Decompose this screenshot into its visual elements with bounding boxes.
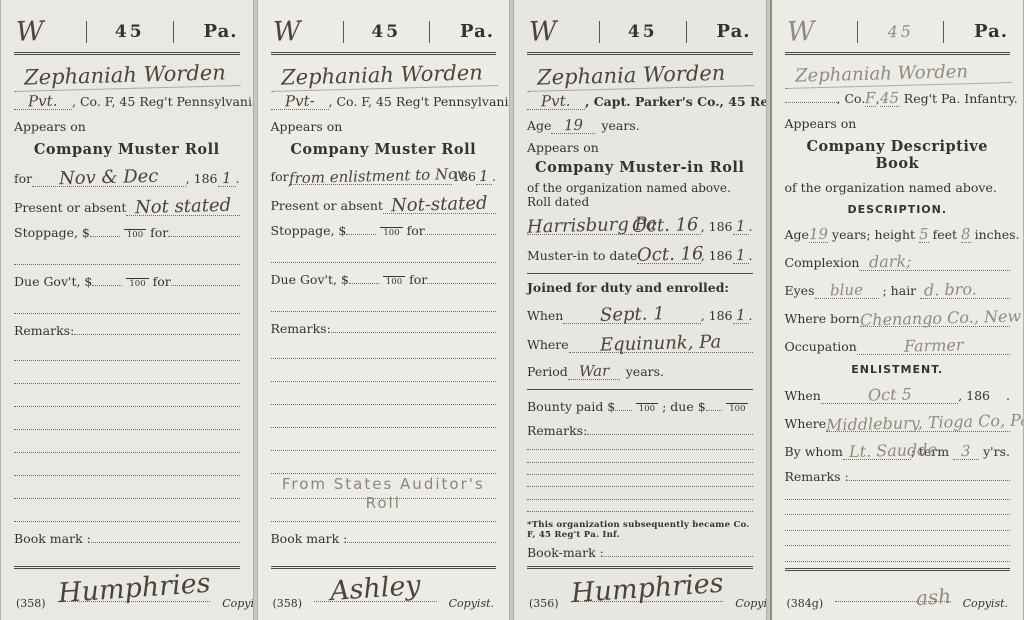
form-title: Company Muster Roll xyxy=(14,141,240,158)
rank-slot xyxy=(785,102,837,103)
dotted-line xyxy=(14,361,240,384)
card-header: W 45 Pa. xyxy=(14,12,240,55)
for-word: for xyxy=(153,274,171,289)
signature-row: (358) Ashley Copyist. xyxy=(271,573,497,612)
dotted-line xyxy=(271,336,497,359)
soldier-name: Zephania Worden xyxy=(527,52,753,92)
sheet-number: (356) xyxy=(527,597,563,612)
sheet-number: (358) xyxy=(271,597,307,612)
occupation-value: Farmer xyxy=(903,335,963,356)
regiment-number: 45 xyxy=(352,22,422,42)
header-divider xyxy=(943,21,944,43)
header-letter: W xyxy=(16,17,79,46)
muster-in-fill: Oct. 16 xyxy=(637,244,700,264)
dotted-line xyxy=(425,234,496,235)
copyist-signature: Humphries xyxy=(57,568,211,610)
age-mid: years; height xyxy=(832,227,915,242)
due-govt-row: Due Gov't, $ 100 for xyxy=(271,272,497,287)
header-divider xyxy=(686,21,687,43)
remarks-row: Remarks: xyxy=(527,423,753,438)
age-label: Age xyxy=(527,118,551,133)
year-slot: 1 xyxy=(476,167,492,185)
for-value: from enlistment to Nov, xyxy=(288,165,468,188)
dotted-line xyxy=(331,332,496,333)
due-label: Due Gov't, $ xyxy=(271,272,349,287)
appears-on-label: Appears on xyxy=(271,119,497,134)
remarks-row: Remarks : xyxy=(785,469,1011,484)
where-label: Where xyxy=(527,337,569,352)
present-row: Present or absent Not-stated xyxy=(271,194,497,214)
regiment-number: 45 xyxy=(865,21,935,42)
dotted-line xyxy=(527,463,753,475)
section-rule xyxy=(527,389,753,390)
dotted-line xyxy=(785,484,1011,500)
appears-on-label: Appears on xyxy=(785,116,1011,131)
hair-label: ; hair xyxy=(883,283,917,298)
form-title: Company Muster-in Roll xyxy=(527,159,753,176)
description-heading: DESCRIPTION. xyxy=(785,203,1011,216)
year-slot: 1 xyxy=(733,306,749,324)
muster-in-date: Oct. 16 xyxy=(637,243,704,266)
state-abbrev: Pa. xyxy=(952,21,1008,42)
dotted-line xyxy=(14,240,240,265)
unit-post: Reg't Pa. Infantry. xyxy=(904,91,1018,106)
when-label: When xyxy=(527,308,563,323)
born-value: Chenango Co., New York xyxy=(859,305,1024,329)
present-value: Not stated xyxy=(135,195,232,219)
dotted-line xyxy=(14,476,240,499)
organization-line: of the organization named above. Roll da… xyxy=(527,181,753,209)
bookmark-row: Book mark : xyxy=(271,531,497,546)
rank-value: Pvt. xyxy=(541,92,571,111)
state-abbrev: Pa. xyxy=(182,21,238,42)
year-end: . xyxy=(749,219,753,234)
due-label: Due Gov't, $ xyxy=(14,274,92,289)
inches-slot: 8 xyxy=(961,225,971,243)
soldier-name: Zephaniah Worden xyxy=(14,52,240,92)
card-muster-in-roll: W 45 Pa. Zephania Worden Pvt. , Capt. Pa… xyxy=(513,0,767,620)
year-end: . xyxy=(236,171,240,186)
when-row: When Sept. 1 , 186 1 . xyxy=(527,304,753,324)
muster-roll-card-sheet: W 45 Pa. Zephaniah Worden Pvt. , Co. F, … xyxy=(0,0,1024,620)
present-label: Present or absent xyxy=(14,200,126,215)
header-divider xyxy=(343,21,344,43)
dotted-line xyxy=(527,487,753,499)
year-slot xyxy=(990,388,1006,403)
dotted-line xyxy=(271,238,497,263)
unit-text: , Capt. Parker's Co., 45 Reg't Pa. Inf.* xyxy=(585,94,767,109)
header-divider xyxy=(173,21,174,43)
appears-on-label: Appears on xyxy=(14,119,240,134)
occupation-row: Occupation Farmer xyxy=(785,336,1011,355)
present-label: Present or absent xyxy=(271,198,383,213)
complexion-row: Complexion dark; xyxy=(785,252,1011,271)
card-footer: (356) Humphries Copyist. xyxy=(527,560,753,612)
for-label: for xyxy=(14,171,32,186)
dotted-line xyxy=(785,546,1011,562)
section-rule xyxy=(527,273,753,274)
for-row: for Nov & Dec , 186 1 . xyxy=(14,167,240,187)
due-word: ; due $ xyxy=(662,399,706,414)
double-rule xyxy=(785,568,1011,571)
year-printed: , 186 xyxy=(701,219,733,234)
regiment-slot: 45 xyxy=(880,89,899,107)
term-suffix: y'rs. xyxy=(983,444,1010,459)
cents-fraction: 100 xyxy=(726,403,748,414)
born-fill: Chenango Co., New York xyxy=(860,308,1010,327)
dotted-line xyxy=(14,338,240,361)
where-fill: Middlebury, Tioga Co, Pa xyxy=(826,413,1010,432)
rank-unit-line: Pvt- , Co. F, 45 Reg't Pennsylvania Inf. xyxy=(271,92,497,110)
complexion-fill: dark; xyxy=(859,252,1010,271)
inches-label: inches. xyxy=(975,227,1020,242)
appears-on-label: Appears on xyxy=(527,140,753,155)
period-suffix: years. xyxy=(626,364,664,379)
regiment-number: 45 xyxy=(95,22,165,42)
when-fill: Sept. 1 xyxy=(563,304,700,324)
dotted-line xyxy=(14,407,240,430)
dotted-line xyxy=(14,499,240,522)
dotted-line xyxy=(349,283,379,284)
signature-row: (358) Humphries Copyist. xyxy=(14,573,240,612)
period-row: Period War years. xyxy=(527,362,753,380)
signature-line: Humphries xyxy=(58,573,211,602)
year-printed: , 186 xyxy=(958,388,990,403)
dotted-line xyxy=(527,475,753,487)
dotted-line xyxy=(604,556,753,557)
joined-label: Joined for duty and enrolled: xyxy=(527,280,753,295)
year-end: . xyxy=(492,169,496,184)
feet-slot: 5 xyxy=(919,225,929,243)
company-slot: F xyxy=(865,89,875,107)
card-header: W 45 Pa. xyxy=(271,12,497,55)
dotted-line xyxy=(785,500,1011,516)
eyes-label: Eyes xyxy=(785,283,815,298)
card-muster-roll-nov-dec: W 45 Pa. Zephaniah Worden Pvt. , Co. F, … xyxy=(0,0,254,620)
dotted-line xyxy=(14,430,240,453)
stoppage-label: Stoppage, $ xyxy=(271,223,347,238)
copyist-signature: ash xyxy=(915,584,952,610)
year-written: 1 xyxy=(222,169,232,187)
company-value: F xyxy=(865,89,876,107)
card-footer: (384g) ash Copyist. xyxy=(785,562,1011,612)
dotted-line xyxy=(14,453,240,476)
age-value: 19 xyxy=(809,225,829,243)
dotted-line xyxy=(168,236,239,237)
dotted-line xyxy=(14,289,240,314)
for-word: for xyxy=(407,223,425,238)
stamp-line: From States Auditor's Roll xyxy=(271,474,497,499)
occupation-label: Occupation xyxy=(785,339,857,354)
feet-label: feet xyxy=(933,227,957,242)
stoppage-row: Stoppage, $ 100 for xyxy=(271,223,497,238)
complexion-label: Complexion xyxy=(785,255,860,270)
muster-in-row: Muster-in to date Oct. 16 , 186 1 . xyxy=(527,244,753,264)
when-value: Oct 5 xyxy=(867,384,911,404)
dotted-line xyxy=(849,480,1010,481)
dotted-line xyxy=(271,405,497,428)
by-whom-fill: Lt. Saudde xyxy=(843,441,911,460)
age-slot: 19 xyxy=(551,116,595,134)
roll-place-fill: Harrisburg Pa xyxy=(527,215,631,235)
sheet-number: (384g) xyxy=(785,597,828,612)
copyist-label: Copyist. xyxy=(731,597,766,612)
term-slot: 3 xyxy=(953,442,979,460)
dotted-line xyxy=(785,531,1011,547)
regiment-value: 45 xyxy=(879,89,899,107)
year-slot: 1 xyxy=(733,217,749,235)
dotted-line xyxy=(92,285,122,286)
period-slot: War xyxy=(568,362,620,380)
state-abbrev: Pa. xyxy=(695,21,751,42)
cents-fraction: 100 xyxy=(380,227,402,238)
where-value: Equinunk, Pa xyxy=(600,331,722,355)
organization-footnote: *This organization subsequently became C… xyxy=(527,520,753,540)
muster-in-label: Muster-in to date xyxy=(527,248,637,263)
soldier-name: Zephaniah Worden xyxy=(270,52,496,92)
dotted-line xyxy=(427,283,496,284)
by-whom-label: By whom xyxy=(785,444,843,459)
bookmark-row: Book-mark : xyxy=(527,545,753,560)
for-fill: Nov & Dec xyxy=(32,167,186,187)
signature-line: ash xyxy=(835,585,951,602)
header-divider xyxy=(86,21,87,43)
by-whom-value: Lt. Saudde xyxy=(849,440,937,461)
copyist-label: Copyist. xyxy=(218,597,253,612)
cents-fraction: 100 xyxy=(383,276,405,287)
year-written: 1 xyxy=(736,306,746,324)
year-printed: , 186 xyxy=(701,248,733,263)
card-header: W 45 Pa. xyxy=(785,12,1011,55)
remarks-label: Remarks: xyxy=(271,321,331,336)
card-header: W 45 Pa. xyxy=(527,12,753,55)
when-label: When xyxy=(785,388,821,403)
age-suffix: years. xyxy=(601,118,639,133)
dotted-line xyxy=(347,542,496,543)
age-row: Age 19 years. xyxy=(527,116,753,134)
dotted-line xyxy=(527,450,753,462)
dotted-line xyxy=(271,428,497,451)
present-value: Not-stated xyxy=(391,193,488,217)
year-slot: 1 xyxy=(218,169,236,187)
copyist-signature: Ashley xyxy=(329,570,422,607)
regiment-number: 45 xyxy=(608,22,678,42)
present-row: Present or absent Not stated xyxy=(14,196,240,216)
where-row: Where Equinunk, Pa xyxy=(527,333,753,353)
dotted-line xyxy=(271,287,497,312)
card-descriptive-book: W 45 Pa. Zephaniah Worden , Co. F , 45 R… xyxy=(770,0,1024,620)
eyes-hair-row: Eyes blue ; hair d. bro. xyxy=(785,280,1011,299)
signature-line: Ashley xyxy=(314,573,437,602)
when-value: Sept. 1 xyxy=(599,303,664,326)
height-feet: 5 xyxy=(919,225,929,243)
card-muster-roll-enlistment: W 45 Pa. Zephaniah Worden Pvt- , Co. F, … xyxy=(257,0,511,620)
bookmark-label: Book-mark : xyxy=(527,545,604,560)
signature-row: (384g) ash Copyist. xyxy=(785,585,1011,612)
organization-line: of the organization named above. xyxy=(785,180,1011,195)
header-divider xyxy=(429,21,430,43)
dotted-line xyxy=(91,542,240,543)
card-footer: (358) Humphries Copyist. xyxy=(14,560,240,612)
copyist-label: Copyist. xyxy=(959,597,1010,612)
header-letter: W xyxy=(529,17,592,46)
born-label: Where born xyxy=(785,311,860,326)
eyes-value: blue xyxy=(830,281,863,300)
rank-unit-line: Pvt. , Capt. Parker's Co., 45 Reg't Pa. … xyxy=(527,92,753,110)
dotted-line xyxy=(615,410,632,411)
for-row: for from enlistment to Nov, 186 1 . xyxy=(271,167,497,185)
copyist-label: Copyist. xyxy=(445,597,496,612)
age-slot: 19 xyxy=(809,225,828,243)
age-value: 19 xyxy=(564,116,584,134)
rank-slot: Pvt- xyxy=(271,92,329,110)
year-written: 1 xyxy=(479,167,489,185)
dotted-line xyxy=(587,434,752,435)
rank-unit-line: , Co. F , 45 Reg't Pa. Infantry. xyxy=(785,89,1011,107)
age-height-row: Age 19 years; height 5 feet 8 inches. xyxy=(785,225,1011,243)
card-footer: (358) Ashley Copyist. xyxy=(271,560,497,612)
enlistment-heading: ENLISTMENT. xyxy=(785,363,1011,376)
cents-fraction: 100 xyxy=(126,278,148,289)
bounty-row: Bounty paid $ 100 ; due $ 100 xyxy=(527,399,753,414)
unit-text: , Co. F, 45 Reg't Pennsylvania Inf. xyxy=(329,94,511,109)
eyes-slot: blue xyxy=(815,281,879,299)
bookmark-label: Book mark : xyxy=(14,531,91,546)
year-printed: , 186 xyxy=(701,308,733,323)
remarks-row: Remarks: xyxy=(14,323,240,338)
height-inches: 8 xyxy=(961,225,971,243)
year-written: 1 xyxy=(736,246,746,264)
dotted-line xyxy=(90,236,120,237)
rank-slot: Pvt. xyxy=(527,92,585,110)
rank-unit-line: Pvt. , Co. F, 45 Reg't Pennsylvania Inf. xyxy=(14,92,240,110)
dotted-line xyxy=(271,499,497,522)
year-printed: , 186 xyxy=(186,171,218,186)
dotted-line xyxy=(171,285,240,286)
roll-date: Oct. 16 xyxy=(632,214,699,237)
signature-line: Humphries xyxy=(571,573,724,602)
for-word: for xyxy=(150,225,168,240)
copyist-signature: Humphries xyxy=(570,568,724,610)
dotted-line xyxy=(271,382,497,405)
dotted-line xyxy=(14,384,240,407)
remarks-row: Remarks: xyxy=(271,321,497,336)
dotted-line xyxy=(271,359,497,382)
age-label: Age xyxy=(785,227,809,242)
occupation-fill: Farmer xyxy=(857,336,1010,355)
cents-fraction: 100 xyxy=(636,403,658,414)
roll-date-fill: Oct. 16 xyxy=(631,215,701,235)
double-rule xyxy=(271,566,497,569)
where-label: Where xyxy=(785,416,827,431)
complexion-value: dark; xyxy=(869,251,912,271)
hair-value: d. bro. xyxy=(924,279,977,299)
year-end: . xyxy=(749,248,753,263)
form-title: Company Descriptive Book xyxy=(785,138,1011,172)
dotted-line xyxy=(74,334,239,335)
state-abbrev: Pa. xyxy=(438,21,494,42)
header-letter: W xyxy=(272,17,335,46)
dotted-line xyxy=(346,234,376,235)
for-value: Nov & Dec xyxy=(59,166,159,190)
when-fill: Oct 5 xyxy=(821,385,958,404)
remarks-label: Remarks: xyxy=(527,423,587,438)
for-word: for xyxy=(409,272,427,287)
dotted-line xyxy=(527,438,753,450)
header-divider xyxy=(599,21,600,43)
header-letter: W xyxy=(786,17,849,46)
bookmark-label: Book mark : xyxy=(271,531,348,546)
term-value: 3 xyxy=(961,442,971,460)
where-born-row: Where born Chenango Co., New York xyxy=(785,308,1011,327)
when-row: When Oct 5 , 186 . xyxy=(785,385,1011,404)
soldier-name: Zephaniah Worden xyxy=(784,52,1010,89)
for-fill: from enlistment to Nov, xyxy=(289,167,453,185)
cents-fraction: 100 xyxy=(124,229,146,240)
stoppage-label: Stoppage, $ xyxy=(14,225,90,240)
present-fill: Not-stated xyxy=(383,194,496,214)
hair-fill: d. bro. xyxy=(920,280,1010,299)
sheet-number: (358) xyxy=(14,597,50,612)
header-divider xyxy=(857,21,858,43)
for-label: for xyxy=(271,169,289,184)
dotted-line xyxy=(527,500,753,512)
rank-value: Pvt. xyxy=(28,92,58,111)
year-written: 1 xyxy=(736,217,746,235)
remarks-label: Remarks : xyxy=(785,469,849,484)
present-fill: Not stated xyxy=(126,196,239,216)
year-slot: 1 xyxy=(733,246,749,264)
rank-value: Pvt- xyxy=(284,92,314,111)
unit-pre: , Co. xyxy=(837,91,866,106)
rank-slot: Pvt. xyxy=(14,92,72,110)
dotted-line xyxy=(271,451,497,474)
bounty-label: Bounty paid $ xyxy=(527,399,615,414)
bookmark-row: Book mark : xyxy=(14,531,240,546)
where-row: Where Middlebury, Tioga Co, Pa xyxy=(785,413,1011,432)
where-fill: Equinunk, Pa xyxy=(569,333,753,353)
form-title: Company Muster Roll xyxy=(271,141,497,158)
roll-dated-row: Harrisburg Pa Oct. 16 , 186 1 . xyxy=(527,215,753,235)
remarks-label: Remarks: xyxy=(14,323,74,338)
dotted-line xyxy=(706,410,723,411)
signature-row: (356) Humphries Copyist. xyxy=(527,573,753,612)
dotted-line xyxy=(785,515,1011,531)
unit-text: , Co. F, 45 Reg't Pennsylvania Inf. xyxy=(72,94,254,109)
year-end: . xyxy=(749,308,753,323)
where-value: Middlebury, Tioga Co, Pa xyxy=(826,410,1024,434)
by-whom-row: By whom Lt. Saudde ; term 3 y'rs. xyxy=(785,441,1011,460)
period-label: Period xyxy=(527,364,568,379)
year-end: . xyxy=(1006,388,1010,403)
stoppage-row: Stoppage, $ 100 for xyxy=(14,225,240,240)
period-value: War xyxy=(578,362,609,381)
due-govt-row: Due Gov't, $ 100 for xyxy=(14,274,240,289)
